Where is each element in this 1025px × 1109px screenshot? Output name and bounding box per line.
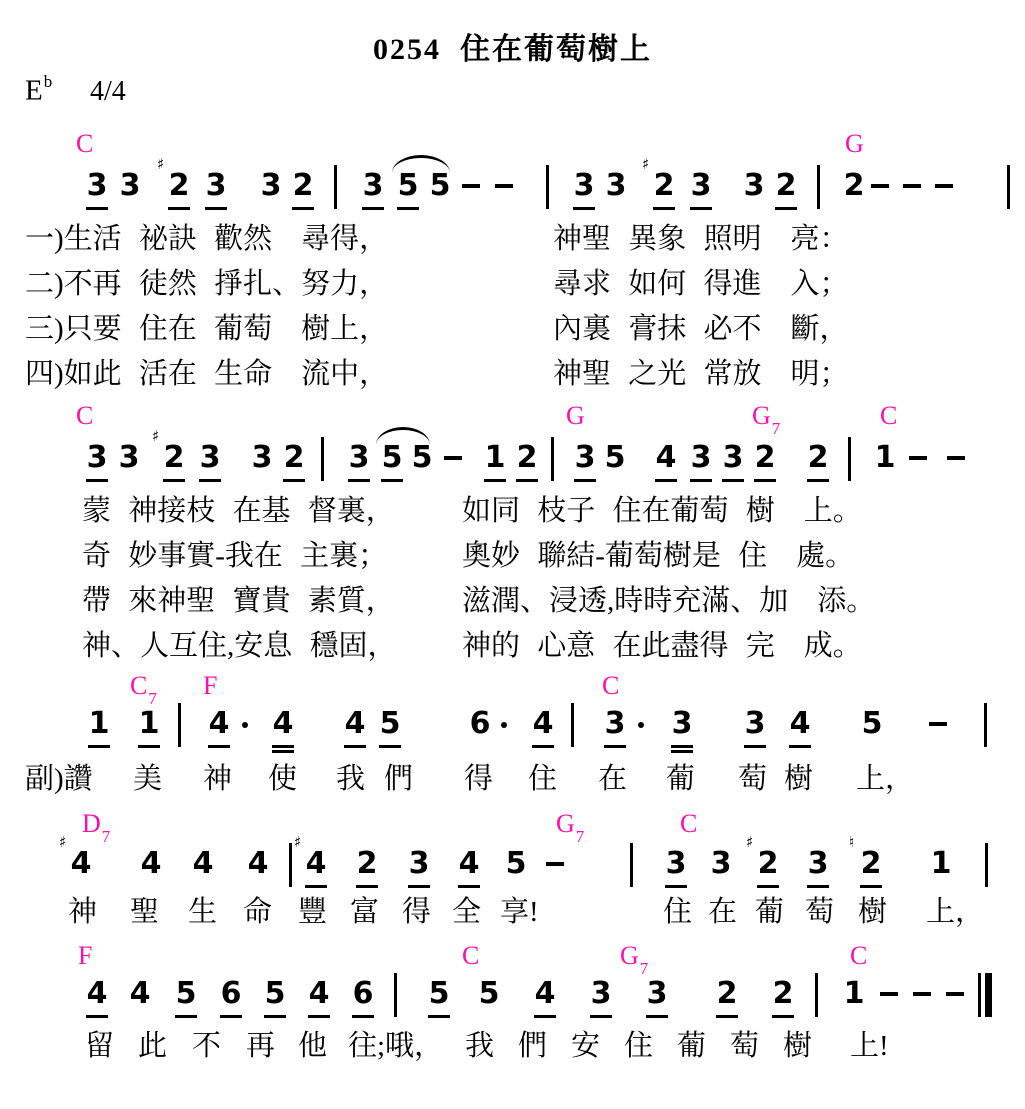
flat-superscript: b [44,72,53,91]
barline [546,165,549,209]
note-digit: 2 [516,440,538,476]
lyric-segment: 奇 妙事實-我在 主裏； [82,539,387,573]
note-digit: 2 [754,440,776,476]
duration-dash [495,184,513,188]
note-digit: 2 [283,440,305,476]
note-digit: 2 [716,976,738,1012]
note-underline [757,885,779,888]
duration-dash [909,456,927,460]
note: 3 [690,168,712,216]
note-digit: 5 [429,168,451,204]
note: 3 [690,440,712,488]
lyric-segment: 神的 心意 在此盡得 完 成。 [462,629,862,663]
note: 3 [119,168,141,216]
chord-label: C [850,942,867,970]
note-digit: 5 [505,846,527,882]
lyric-segment: 滋潤、浸透,時時充滿、加 添。 [462,584,875,618]
note-digit: 3 [362,168,384,204]
note: 6 [352,976,374,1024]
note-digit: 4 [532,706,554,742]
accidental: ♯ [746,835,753,850]
note: 1 [930,846,952,894]
hymn-sheet-page: { "title": "0254 住在葡萄樹上", "key": { "lett… [0,0,1025,1109]
note-digit: 3 [119,168,141,204]
note-digit: 3 [573,168,595,204]
note-underline [163,479,185,482]
barline [178,703,181,747]
note: 4 [129,976,151,1024]
chord-subscript: 7 [576,827,585,846]
note: 3 [646,976,668,1024]
note-digit: 1 [88,706,110,742]
note: 6 [220,976,242,1024]
final-barline [985,973,992,1017]
note-digit: 3 [671,706,693,742]
note: 5 [861,706,883,754]
note-underline [860,885,882,888]
lyric-segment: 得 [402,895,431,929]
barline [394,973,397,1017]
note: ♯2 [168,168,190,216]
duration-dash [947,456,965,460]
lyric-segment: 神聖 異象 照明 亮： [553,222,849,256]
note: 5 [505,846,527,894]
note-underline [292,207,314,210]
note-underline [308,1015,330,1018]
lyric-segment: 豐 [298,895,327,929]
note-digit: 1 [874,440,896,476]
note: 3 [118,440,140,488]
note-digit: 2 [775,168,797,204]
note: ♯4 [305,846,327,894]
lyric-segment: 住 [624,1029,653,1063]
lyric-segment: 副)讚 [25,762,93,796]
augmentation-dot [242,722,248,728]
duration-dash [935,184,953,188]
note-underline [807,479,829,482]
note-underline [362,207,384,210]
note: 5 [411,440,433,488]
lyric-segment: 神 [68,895,97,929]
note-underline [208,745,230,748]
lyric-segment: 留 [85,1029,114,1063]
note-underline [397,207,419,210]
lyric-segment: 上， [926,895,984,929]
note-digit: 4 [208,706,230,742]
note-digit: 3 [604,706,626,742]
note-digit: 5 [604,440,626,476]
chord-label: D7 [82,810,109,847]
note: 3 [86,168,108,216]
score-canvas: 0254 住在葡萄樹上 Eb 4/4 CG33♯233235533♯23322C… [0,0,1025,1109]
slur-arc [392,155,450,173]
lyric-segment: 葡 [677,1029,706,1063]
note-underline [272,745,294,748]
note: 5 [397,168,419,216]
note-underline [671,745,693,748]
lyric-segment: 樹 [783,1029,812,1063]
lyric-segment: 萄 [805,895,834,929]
note: 5 [428,976,450,1024]
note-digit: 2 [843,168,865,204]
note-digit: 4 [192,846,214,882]
lyric-segment: 在 [708,895,737,929]
key-letter: E [25,75,43,107]
note-underline [458,885,480,888]
note-digit: 1 [930,846,952,882]
barline [551,437,554,481]
lyric-segment: 富 [350,895,379,929]
note-digit: 6 [352,976,374,1012]
lyric-segment: 三)只要 住在 葡萄 樹上， [25,312,388,346]
note-digit: 3 [807,846,829,882]
lyric-segment: 再 [246,1029,275,1063]
lyric-segment: 全 [452,895,481,929]
note-underline [590,1015,612,1018]
note: 1 [874,440,896,488]
note-digit: 2 [757,846,779,882]
lyric-segment: 使 [268,762,297,796]
note-underline [175,1015,197,1018]
lyric-segment: 萄 [730,1029,759,1063]
lyric-segment: 二)不再 徒然 掙扎、努力， [25,267,388,301]
note: 2 [775,168,797,216]
note-underline [168,207,190,210]
note-digit: 4 [534,976,556,1012]
note: 4 [534,976,556,1024]
note-underline [205,207,227,210]
note-digit: 3 [86,440,108,476]
note: 2 [754,440,776,488]
lyric-segment: 樹 [784,762,813,796]
lyric-segment: 葡 [666,762,695,796]
lyric-segment: 四)如此 活在 生命 流中， [25,357,388,391]
note-underline [671,750,693,753]
lyric-segment: 神、人互住,安息 穩固， [82,629,397,663]
barline [848,437,851,481]
note-underline [305,885,327,888]
note-digit: 1 [138,706,160,742]
note-underline [484,479,506,482]
lyric-segment: 我 [336,762,365,796]
note: 2 [772,976,794,1024]
key-signature: Eb [25,74,51,108]
lyric-segment: 不 [192,1029,221,1063]
lyric-segment: 住 [663,895,692,929]
lyric-segment: 享! [500,895,539,929]
duration-dash [546,862,564,866]
note-digit: 3 [260,168,282,204]
chord-label: C [602,672,619,700]
note: 4 [458,846,480,894]
chord-label: F [203,672,217,700]
lyric-segment: 美 [133,762,162,796]
duration-dash [444,456,462,460]
note-digit: 4 [129,976,151,1012]
note: 1 [484,440,506,488]
note-underline [534,1015,556,1018]
hymn-title: 0254 住在葡萄樹上 [0,24,1025,68]
note: 4 [140,846,162,894]
chord-label: G [845,130,864,158]
note-digit: 1 [484,440,506,476]
note-underline [775,207,797,210]
note: 3 [722,440,744,488]
chord-label: C7 [130,672,156,709]
duration-dash [462,184,480,188]
note: 3 [573,168,595,216]
note-underline [690,207,712,210]
note-digit: 3 [118,440,140,476]
chord-label: G [566,402,585,430]
note: 4 [789,706,811,754]
lyric-segment: 此 [138,1029,167,1063]
note: ♯4 [70,846,92,894]
note-underline [88,745,110,748]
note-underline [352,1015,374,1018]
slur-arc [376,427,430,445]
note: 3 [744,706,766,754]
barline [1007,165,1010,209]
note-digit: 3 [690,440,712,476]
barline [334,165,337,209]
barline [571,703,574,747]
note-digit: 4 [458,846,480,882]
note-digit: 4 [86,976,108,1012]
accidental: ♮ [849,835,854,850]
lyric-segment: 聖 [130,895,159,929]
chord-subscript: 7 [772,419,781,438]
note-digit: 3 [590,976,612,1012]
lyric-segment: 內裏 膏抹 必不 斷， [553,312,849,346]
note: 5 [429,168,451,216]
duration-dash [946,992,964,996]
barline [817,165,820,209]
barline [815,973,818,1017]
note: 2 [292,168,314,216]
accidental: ♯ [152,429,159,444]
lyric-segment: 們 [518,1029,547,1063]
note: 3 [605,168,627,216]
note-digit: 3 [605,168,627,204]
note-digit: 2 [807,440,829,476]
lyric-segment: 他 [298,1029,327,1063]
note-underline [744,745,766,748]
note-digit: 3 [86,168,108,204]
note: 3 [743,168,765,216]
note: ♯2 [653,168,675,216]
note-digit: 5 [264,976,286,1012]
chord-label: C [680,810,697,838]
note: 4 [247,846,269,894]
note-underline [220,1015,242,1018]
note-underline [86,1015,108,1018]
note: 6 [469,706,491,754]
note-digit: 3 [251,440,273,476]
note: 1 [88,706,110,754]
chord-label: C [76,130,93,158]
note: 3 [671,706,693,754]
note-digit: 2 [356,846,378,882]
note: 2 [356,846,378,894]
note-digit: 2 [168,168,190,204]
note-underline [408,885,430,888]
note: 3 [408,846,430,894]
lyric-segment: 神 [203,762,232,796]
lyric-segment: 往;哦， [348,1029,443,1063]
note-underline [381,479,403,482]
note-underline [138,745,160,748]
note: 2 [283,440,305,488]
note: 3 [348,440,370,488]
note-underline [665,885,687,888]
note: 3 [199,440,221,488]
note-underline [574,479,596,482]
note-digit: 5 [861,706,883,742]
note-underline [722,479,744,482]
note-underline [646,1015,668,1018]
chord-label: C [880,402,897,430]
chord-label: F [78,942,92,970]
note: ♯2 [163,440,185,488]
duration-dash [903,184,921,188]
lyric-segment: 尋求 如何 得進 入； [553,267,849,301]
accidental: ♯ [157,157,164,172]
note-digit: 3 [205,168,227,204]
note-underline [516,479,538,482]
note-digit: 5 [411,440,433,476]
note: 4 [208,706,230,754]
note: 4 [344,706,366,754]
note-digit: 3 [665,846,687,882]
lyric-segment: 們 [384,762,413,796]
note-digit: 4 [344,706,366,742]
note-digit: 4 [70,846,92,882]
chord-subscript: 7 [102,827,111,846]
note-digit: 1 [843,976,865,1012]
note: 5 [478,976,500,1024]
note-digit: 3 [348,440,370,476]
lyric-segment: 安 [571,1029,600,1063]
barline [985,843,988,887]
note-digit: 3 [722,440,744,476]
lyric-segment: 樹 [858,895,887,929]
note: 2 [516,440,538,488]
duration-dash [913,992,931,996]
lyric-segment: 得 [464,762,493,796]
note: 4 [272,706,294,754]
note-digit: 3 [743,168,765,204]
barline [984,703,987,747]
note-underline [532,745,554,748]
note-underline [344,745,366,748]
note-underline [655,479,677,482]
lyric-segment: 生 [188,895,217,929]
note-underline [807,885,829,888]
note: 3 [710,846,732,894]
barline [321,437,324,481]
note-digit: 3 [646,976,668,1012]
note-digit: 2 [292,168,314,204]
lyric-segment: 奧妙 聯結-葡萄樹是 住 處。 [462,539,854,573]
note: 3 [86,440,108,488]
lyric-segment: 如同 枝子 住在葡萄 樹 上。 [462,494,862,528]
lyric-segment: 一)生活 祕訣 歡然 尋得， [25,222,388,256]
note: 2 [716,976,738,1024]
note-underline [754,479,776,482]
note-underline [772,1015,794,1018]
note-digit: 6 [220,976,242,1012]
lyric-segment: 蒙 神接枝 在基 督裏， [82,494,395,528]
chord-label: C [76,402,93,430]
note: 4 [192,846,214,894]
note-digit: 2 [163,440,185,476]
note-underline [428,1015,450,1018]
note-underline [86,479,108,482]
note-digit: 4 [305,846,327,882]
note-underline [690,479,712,482]
lyric-segment: 葡 [755,895,784,929]
chord-label: G7 [752,402,779,439]
note: 3 [574,440,596,488]
note-digit: 5 [379,706,401,742]
note-digit: 3 [710,846,732,882]
lyric-segment: 在 [598,762,627,796]
accidental: ♯ [294,835,301,850]
note: 3 [260,168,282,216]
chord-label: G7 [556,810,583,847]
lyric-segment: 帶 來神聖 寶貴 素質， [82,584,395,618]
note-digit: 5 [478,976,500,1012]
lyric-segment: 命 [243,895,272,929]
note-digit: 5 [428,976,450,1012]
barline [630,843,633,887]
note: 5 [379,706,401,754]
note-digit: 4 [140,846,162,882]
lyric-segment: 神聖 之光 常放 明； [553,357,849,391]
duration-dash [871,184,889,188]
note-digit: 3 [744,706,766,742]
note: 3 [665,846,687,894]
note-underline [264,1015,286,1018]
note: 4 [86,976,108,1024]
note-digit: 4 [789,706,811,742]
accidental: ♯ [642,157,649,172]
note-digit: 3 [690,168,712,204]
note-underline [272,750,294,753]
note-digit: 3 [574,440,596,476]
note: 3 [205,168,227,216]
note-digit: 5 [175,976,197,1012]
lyric-segment: 我 [465,1029,494,1063]
note-underline [283,479,305,482]
note: 3 [604,706,626,754]
lyric-segment: 上， [856,762,914,796]
note-underline [716,1015,738,1018]
note-digit: 3 [408,846,430,882]
barline [289,843,292,887]
lyric-segment: 上! [850,1029,889,1063]
note-digit: 4 [272,706,294,742]
note: 4 [532,706,554,754]
note-digit: 5 [397,168,419,204]
note-underline [653,207,675,210]
note-underline [86,207,108,210]
note-digit: 4 [247,846,269,882]
note-digit: 2 [653,168,675,204]
time-signature: 4/4 [90,76,126,108]
note: 5 [604,440,626,488]
